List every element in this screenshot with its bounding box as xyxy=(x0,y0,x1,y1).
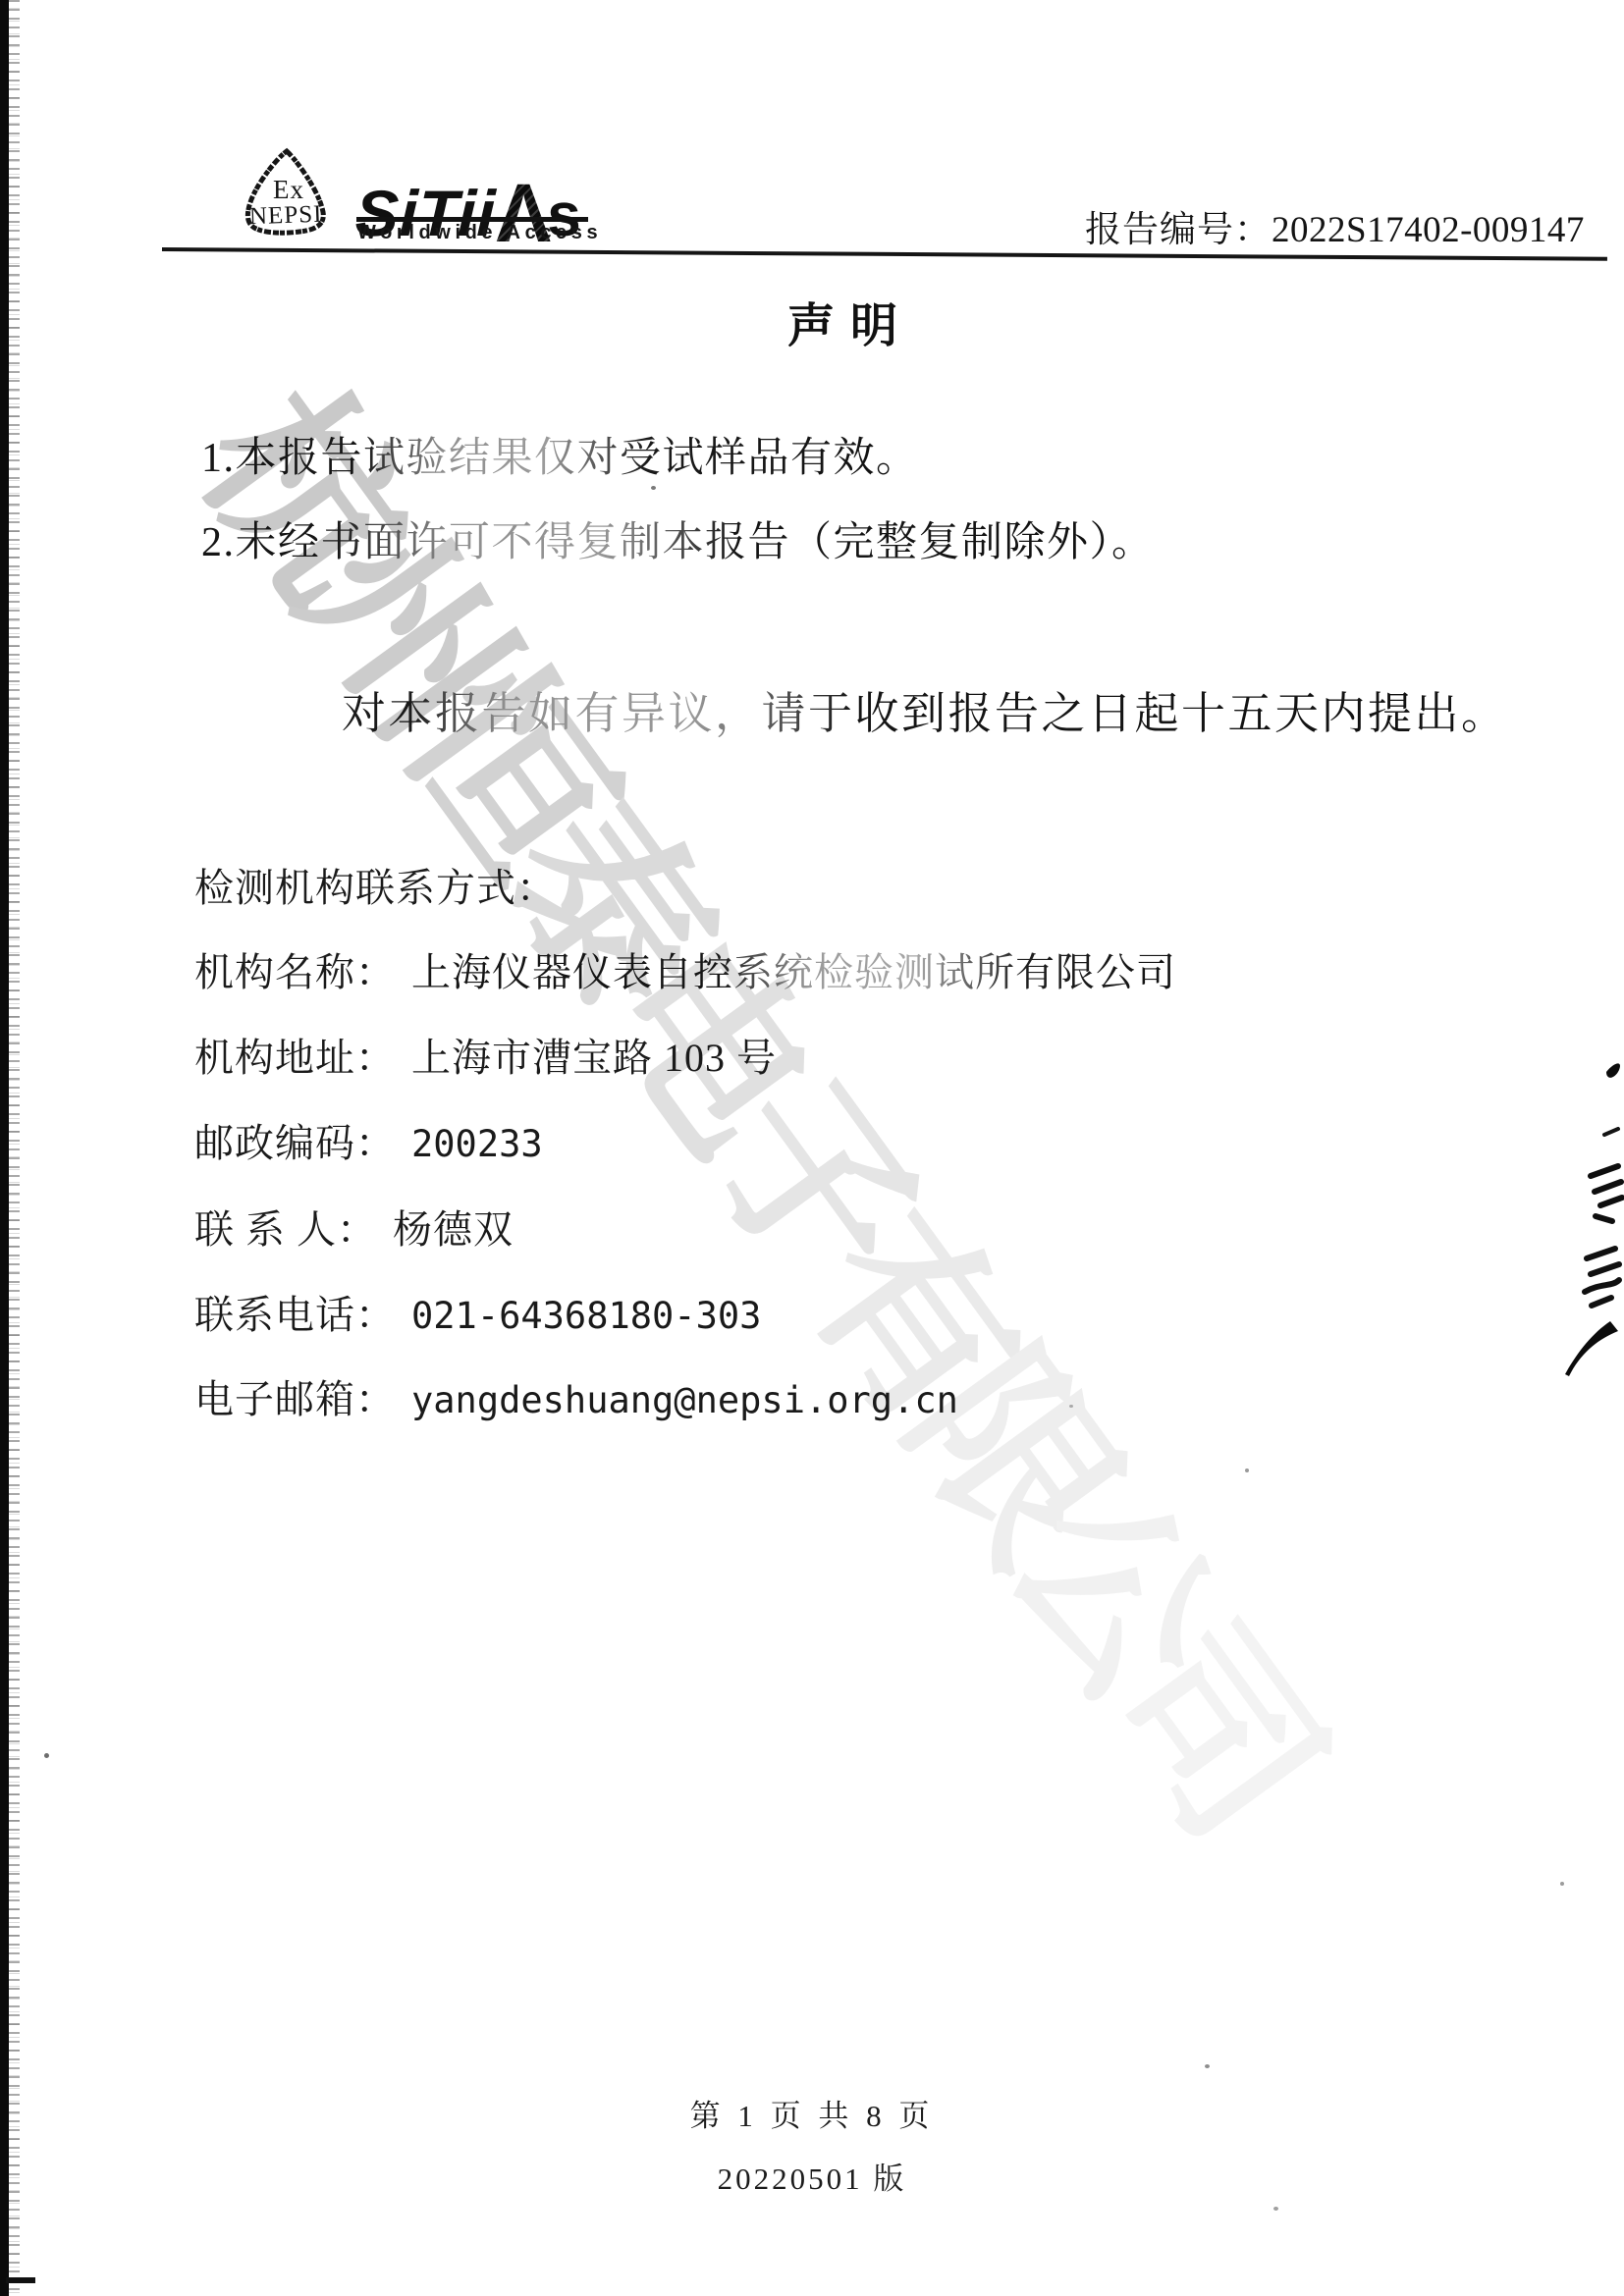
contact-heading: 检测机构联系方式： xyxy=(194,857,557,913)
scan-speck xyxy=(1560,1882,1564,1886)
watermark-char: 司 xyxy=(1079,1599,1351,1871)
scan-speck xyxy=(1205,2064,1210,2068)
contact-label: 电子邮箱： xyxy=(194,1377,396,1421)
contact-value: 021-64368180-303 xyxy=(411,1295,761,1337)
contact-row-phone: 联系电话：021-64368180-303 xyxy=(194,1284,761,1340)
contact-label: 联 系 人： xyxy=(194,1207,377,1252)
objection-notice: 对本报告如有异议，请于收到报告之日起十五天内提出。 xyxy=(342,677,1508,741)
report-number-value: 2022S17402-009147 xyxy=(1272,210,1585,250)
badge-nepsi-text: NEPSI xyxy=(249,201,323,232)
scan-bottom-dash xyxy=(6,2277,35,2283)
scan-speck xyxy=(1245,1468,1249,1472)
scan-speck xyxy=(1273,2207,1278,2211)
contact-label: 机构地址： xyxy=(194,1036,396,1080)
scan-speck xyxy=(1069,1405,1073,1408)
watermark-char: 公 xyxy=(978,1462,1250,1734)
report-number: 报告编号：2022S17402-009147 xyxy=(1085,199,1585,252)
contact-value: 上海市漕宝路 103 号 xyxy=(411,1036,777,1080)
statement-1: 1.本报告试验结果仅对受试样品有效。 xyxy=(201,425,919,484)
contact-value: 杨德双 xyxy=(393,1207,514,1252)
document-page: { "header": { "logo": { "badge_line1": "… xyxy=(0,0,1624,2296)
contact-row-org-name: 机构名称：上海仪器仪表自控系统检验测试所有限公司 xyxy=(194,941,1176,997)
scan-speck xyxy=(44,1753,49,1758)
contact-value: 上海仪器仪表自控系统检验测试所有限公司 xyxy=(411,950,1176,994)
contact-label: 机构名称： xyxy=(194,950,396,994)
footer-version: 20220501 版 xyxy=(0,2154,1624,2198)
watermark-char: 杭 xyxy=(169,362,441,634)
contact-label: 邮政编码： xyxy=(194,1121,396,1165)
brand-a-glyph: Λ xyxy=(496,166,551,261)
page-title: 声明 xyxy=(787,288,913,355)
contact-value: 200233 xyxy=(411,1123,543,1165)
contact-row-postcode: 邮政编码：200233 xyxy=(194,1112,543,1168)
contact-row-email: 电子邮箱：yangdeshuang@nepsi.org.cn xyxy=(194,1368,958,1424)
badge-ex-text: Ex xyxy=(273,175,304,205)
scan-speck xyxy=(651,486,656,490)
scan-edge-noise xyxy=(9,0,20,2296)
scan-edge-bar xyxy=(0,0,9,2296)
contact-value: yangdeshuang@nepsi.org.cn xyxy=(411,1379,958,1421)
contact-row-org-address: 机构地址：上海市漕宝路 103 号 xyxy=(194,1027,777,1083)
statement-2: 2.未经书面许可不得复制本报告（完整复制除外）。 xyxy=(201,509,1155,568)
scan-smudge-right xyxy=(1561,1056,1624,1380)
watermark-char: 子 xyxy=(675,1049,947,1321)
report-number-label: 报告编号： xyxy=(1085,210,1272,250)
footer-page-info: 第 1 页 共 8 页 xyxy=(0,2091,1624,2135)
contact-row-person: 联 系 人：杨德双 xyxy=(194,1199,514,1255)
contact-label: 联系电话： xyxy=(194,1293,396,1337)
watermark-char: 限 xyxy=(877,1324,1149,1596)
brand-tagline: Worldwide Access xyxy=(357,222,602,244)
